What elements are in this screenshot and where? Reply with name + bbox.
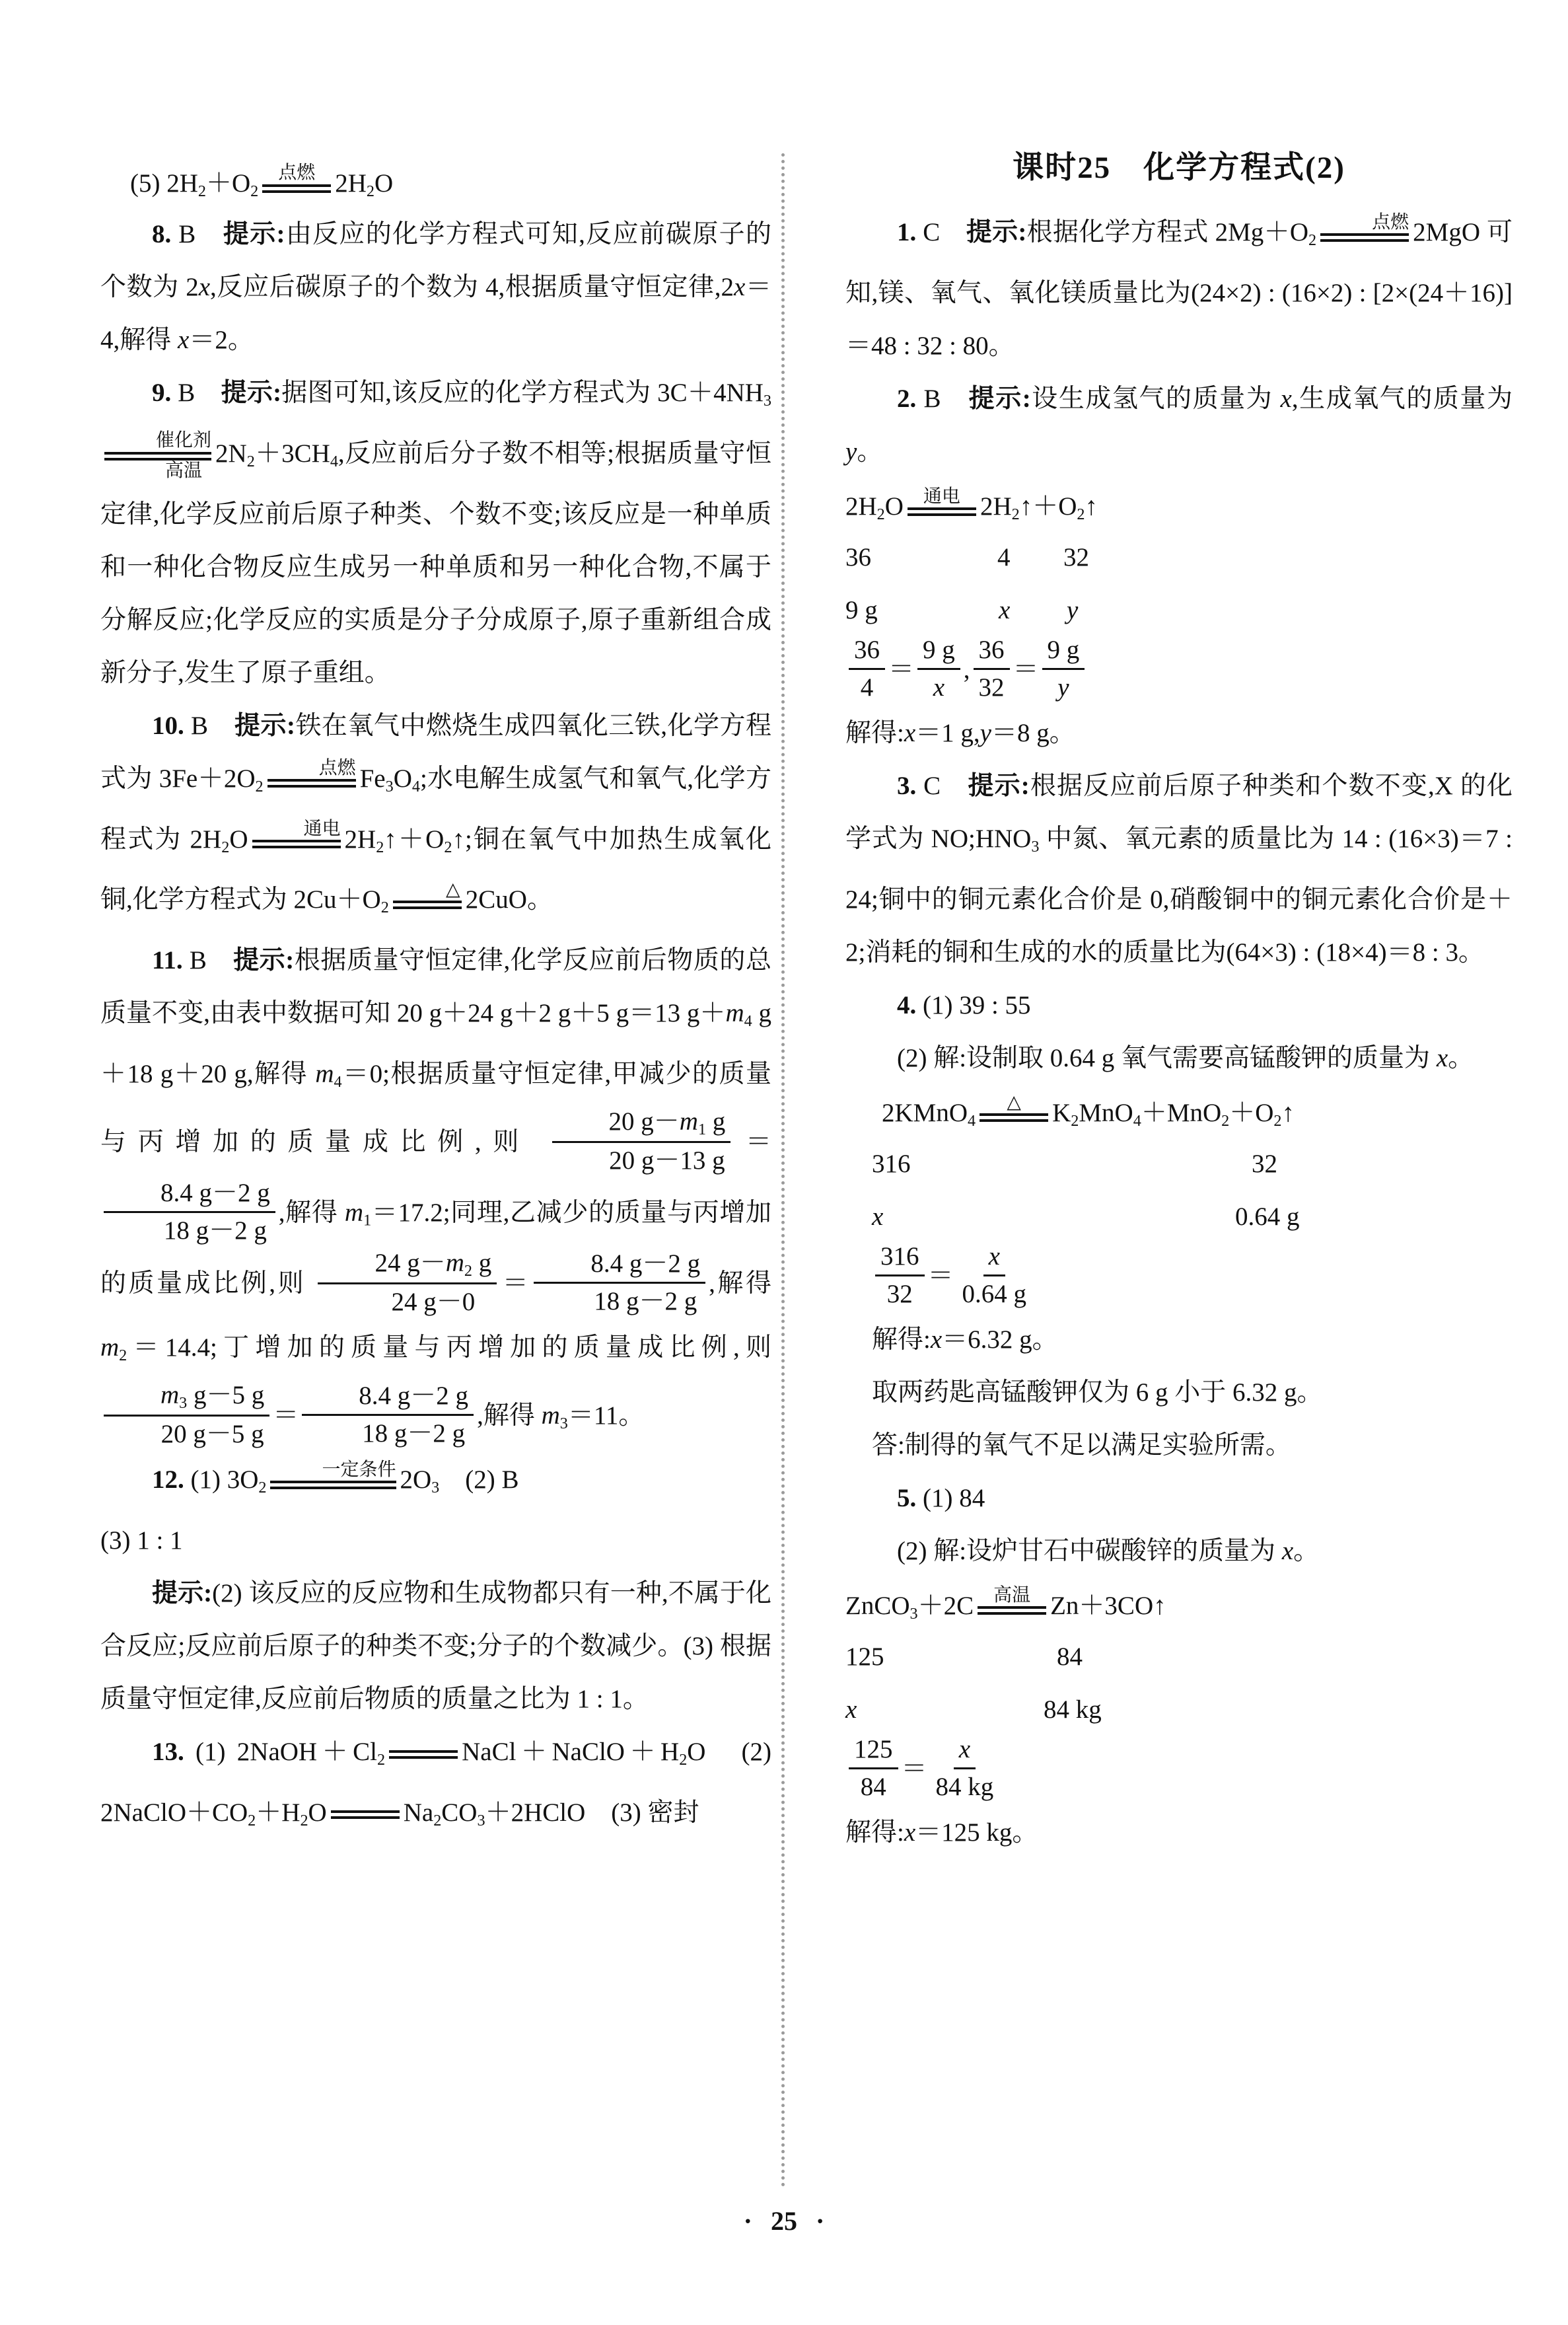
solution-line: 解得:x＝6.32 g。 bbox=[845, 1313, 1513, 1366]
text-run: 20 g－13 g bbox=[609, 1146, 725, 1175]
reaction-condition-label: 点燃 bbox=[278, 163, 315, 184]
text-run: x bbox=[872, 1202, 883, 1231]
text-run: x bbox=[904, 719, 915, 747]
text-run: 2H bbox=[335, 169, 367, 198]
mass-value: y bbox=[1067, 584, 1078, 637]
text-run: 4 bbox=[334, 1073, 342, 1091]
reaction-condition-equals: 通电 bbox=[252, 819, 341, 848]
text-run: ＋O bbox=[206, 169, 250, 198]
fraction-numerator: 8.4 g－2 g bbox=[302, 1380, 474, 1416]
reaction-condition-label: 一定条件 bbox=[270, 1459, 396, 1481]
text-run: ,反应后碳原子的个数为 4,根据质量守恒定律,2 bbox=[210, 273, 734, 301]
answer-4-2: (2) 解:设制取 0.64 g 氧气需要高锰酸钾的质量为 x。 bbox=[845, 1032, 1513, 1085]
mass-value: x bbox=[845, 1683, 857, 1736]
page-number: · 25 · bbox=[0, 2205, 1568, 2236]
text-run: 2 bbox=[300, 1812, 308, 1829]
text-run: 2 bbox=[444, 838, 452, 856]
text-run: 答:制得的氧气不足以满足实验所需。 bbox=[872, 1431, 1291, 1459]
double-equals-line bbox=[980, 1113, 1048, 1122]
text-run: g bbox=[472, 1249, 491, 1277]
fraction: 364 bbox=[849, 634, 885, 704]
text-run: 8.4 g－2 g bbox=[590, 1249, 700, 1278]
text-run: 3 bbox=[910, 1604, 918, 1622]
text-run: 2 bbox=[679, 1751, 687, 1769]
solution-line: 解得:x＝1 g,y＝8 g。 bbox=[845, 707, 1513, 760]
reaction-condition-equals: 点燃 bbox=[262, 163, 331, 192]
comparison-line: 取两药匙高锰酸钾仅为 6 g 小于 6.32 g。 bbox=[845, 1366, 1513, 1419]
text-run: 32 bbox=[1252, 1150, 1277, 1178]
text-run: y bbox=[980, 719, 991, 747]
text-run: 解得: bbox=[845, 719, 904, 747]
text-run: 4 bbox=[1133, 1112, 1141, 1130]
text-run: 8. bbox=[152, 220, 171, 248]
fraction: 24 g－m2 g24 g－0 bbox=[318, 1247, 497, 1319]
text-run: , bbox=[964, 655, 970, 684]
text-run: 2 bbox=[1077, 505, 1085, 523]
text-run: ＋O bbox=[1229, 1099, 1273, 1127]
proportion-line: 12584＝x84 kg bbox=[845, 1736, 1513, 1806]
fraction-numerator: x bbox=[954, 1734, 976, 1769]
answer-3: 3. C 提示:根据反应前后原子种类和个数不变,X 的化学式为 NO;HNO3 … bbox=[845, 760, 1513, 979]
fraction-numerator: 9 g bbox=[917, 634, 960, 670]
text-run: 解得: bbox=[845, 1818, 904, 1847]
fraction: 8.4 g－2 g18 g－2 g bbox=[104, 1177, 275, 1247]
text-run: m bbox=[542, 1401, 560, 1430]
text-run: B bbox=[916, 385, 968, 413]
text-run: 2 bbox=[464, 1261, 472, 1279]
text-run: CO bbox=[441, 1798, 477, 1827]
text-run: (2) 解:设制取 0.64 g 氧气需要高锰酸钾的质量为 bbox=[897, 1044, 1437, 1072]
text-run: ↑ bbox=[1085, 492, 1098, 521]
text-run: 设生成氢气的质量为 bbox=[1031, 385, 1281, 413]
double-equals-line bbox=[1320, 233, 1409, 242]
text-run: 2H bbox=[845, 492, 877, 521]
text-run: 2 bbox=[1012, 505, 1020, 523]
reaction-condition-label: 催化剂 bbox=[104, 430, 211, 451]
text-run: B bbox=[183, 946, 234, 975]
text-run: (1) 2NaOH＋Cl bbox=[184, 1738, 377, 1766]
text-run: 2H bbox=[980, 492, 1012, 521]
proportion-line: 364＝9 gx,3632＝9 gy bbox=[845, 637, 1513, 707]
text-run: O bbox=[374, 169, 393, 198]
reaction-condition-equals: 通电 bbox=[908, 486, 976, 516]
text-run: (5) 2H bbox=[130, 169, 198, 198]
text-run: 取两药匙高锰酸钾仅为 6 g 小于 6.32 g。 bbox=[872, 1378, 1323, 1407]
mass-value: 32 bbox=[1063, 531, 1089, 584]
text-run: (1) 84 bbox=[916, 1484, 985, 1512]
reaction-condition-equals bbox=[389, 1750, 458, 1759]
text-run: 提示: bbox=[969, 385, 1031, 413]
text-run: 36 bbox=[854, 636, 880, 664]
text-run: 2CuO。 bbox=[466, 885, 553, 914]
text-run: 。 bbox=[1293, 1537, 1319, 1565]
text-run: 根据化学方程式 2Mg＋O bbox=[1026, 218, 1308, 246]
text-run: O bbox=[394, 764, 412, 793]
text-run: C bbox=[916, 218, 966, 246]
text-run: 0.64 g bbox=[1235, 1202, 1300, 1231]
text-run: 。 bbox=[857, 437, 882, 466]
text-run: 18 g－2 g bbox=[362, 1419, 465, 1448]
fraction: 31632 bbox=[875, 1241, 925, 1311]
text-run: y bbox=[1067, 596, 1078, 624]
conclusion-line: 答:制得的氧气不足以满足实验所需。 bbox=[845, 1419, 1513, 1472]
mass-value: 316 bbox=[872, 1138, 911, 1191]
text-run: x bbox=[933, 673, 944, 702]
text-run: 2 bbox=[247, 453, 255, 470]
text-run: 32 bbox=[979, 673, 1005, 702]
fraction: x0.64 g bbox=[957, 1241, 1032, 1311]
mass-value: 84 kg bbox=[1044, 1683, 1102, 1736]
text-run: x bbox=[1281, 385, 1292, 413]
reaction-condition-equals bbox=[331, 1810, 400, 1819]
text-run: ＋2C bbox=[918, 1592, 974, 1620]
text-run: 4 bbox=[968, 1112, 976, 1130]
text-run: 2N bbox=[215, 439, 247, 468]
text-run: g－5 g bbox=[187, 1381, 264, 1409]
text-run: 4 bbox=[330, 453, 338, 470]
column-divider bbox=[781, 153, 785, 2188]
reaction-condition-equals: 点燃 bbox=[267, 758, 356, 788]
text-run: B bbox=[171, 379, 221, 407]
text-run: ＋3CH bbox=[255, 439, 330, 468]
answer-5-2: (2) 解:设炉甘石中碳酸锌的质量为 x。 bbox=[845, 1525, 1513, 1578]
molar-mass-row: 12584 bbox=[845, 1631, 1513, 1683]
fraction-numerator: 20 g－m1 g bbox=[552, 1106, 731, 1144]
text-run: 84 bbox=[861, 1773, 886, 1801]
fraction-numerator: x bbox=[983, 1241, 1005, 1276]
text-run: (2) B bbox=[439, 1465, 518, 1494]
mass-value: x bbox=[999, 584, 1010, 637]
left-column: (5) 2H2＋O2点燃2H2O8. B 提示:由反应的化学方程式可知,反应前碳… bbox=[100, 155, 771, 1847]
proportion-line: 31632＝x0.64 g bbox=[845, 1243, 1513, 1313]
text-run: 2H bbox=[345, 825, 376, 854]
text-run: ＝8 g。 bbox=[991, 719, 1075, 747]
double-equals-line bbox=[393, 901, 462, 909]
text-run: m bbox=[680, 1107, 698, 1136]
text-run: 10. bbox=[152, 712, 184, 740]
text-run: 2KMnO bbox=[882, 1099, 968, 1127]
mass-value: 36 bbox=[845, 531, 871, 584]
text-run: ＝14.4;丁增加的质量与丙增加的质量成比例,则 bbox=[127, 1333, 771, 1362]
answer-12: 12. (1) 3O2一定条件2O3 (2) B bbox=[100, 1454, 771, 1514]
text-run: 3. bbox=[897, 772, 916, 800]
text-run: m bbox=[446, 1249, 464, 1277]
text-run: 2 bbox=[258, 1479, 266, 1496]
text-run: ↑ bbox=[1282, 1099, 1295, 1127]
text-run: Na bbox=[404, 1798, 433, 1827]
text-run: 316 bbox=[880, 1242, 919, 1271]
text-run: 11. bbox=[152, 946, 183, 975]
text-run: x bbox=[1282, 1537, 1293, 1565]
text-run: ZnCO bbox=[845, 1592, 910, 1620]
text-run: ,解得 bbox=[279, 1199, 345, 1227]
reaction-condition-label: △ bbox=[394, 879, 460, 901]
text-run: x bbox=[734, 273, 745, 301]
text-run: 4 bbox=[997, 543, 1011, 572]
fraction-denominator: 84 kg bbox=[931, 1769, 999, 1804]
text-run: 36 bbox=[845, 543, 871, 572]
fraction-denominator: 18 g－2 g bbox=[537, 1284, 702, 1318]
text-run: ↑＋O bbox=[1020, 492, 1077, 521]
text-run: Fe bbox=[360, 764, 386, 793]
text-run: (3) 1 : 1 bbox=[100, 1526, 183, 1555]
text-run: ,解得 bbox=[477, 1401, 542, 1430]
fraction-denominator: 0.64 g bbox=[957, 1276, 1032, 1311]
fraction: 9 gx bbox=[917, 634, 960, 704]
fraction: 9 gy bbox=[1042, 634, 1085, 704]
text-run: 9. bbox=[152, 379, 171, 407]
right-column: 课时25 化学方程式(2) 1. C 提示:根据化学方程式 2Mg＋O2点燃2M… bbox=[845, 149, 1513, 1859]
answer-13: 13. (1) 2NaOH＋Cl2NaCl＋NaClO＋H2O (2) 2NaC… bbox=[100, 1726, 771, 1847]
text-run: 3 bbox=[386, 778, 394, 795]
text-run: ↑＋O bbox=[384, 825, 444, 854]
text-run: x bbox=[904, 1818, 915, 1847]
text-run: 9 g bbox=[923, 636, 955, 664]
text-run: 32 bbox=[1063, 543, 1089, 572]
fraction-numerator: 8.4 g－2 g bbox=[534, 1248, 705, 1284]
text-run: ＝2。 bbox=[189, 326, 254, 354]
double-equals-line bbox=[978, 1606, 1046, 1615]
text-run: 20 g－ bbox=[609, 1107, 680, 1136]
text-run: 13. bbox=[152, 1738, 184, 1766]
fraction-denominator: y bbox=[1052, 670, 1074, 704]
fraction-denominator: 84 bbox=[855, 1769, 892, 1804]
text-run: MnO bbox=[1079, 1099, 1133, 1127]
fraction-denominator: x bbox=[928, 670, 950, 704]
text-run: m bbox=[345, 1199, 363, 1227]
text-run: B bbox=[184, 712, 234, 740]
double-equals-line bbox=[331, 1810, 400, 1819]
equation-znco3: ZnCO3＋2C高温Zn＋3CO↑ bbox=[845, 1590, 1513, 1624]
double-equals-line bbox=[262, 184, 331, 193]
equation-kmno4: 2KMnO4△K2MnO4＋MnO2＋O2↑ bbox=[845, 1097, 1513, 1131]
text-run: ＝ bbox=[734, 1128, 771, 1156]
text-run: 2 bbox=[367, 182, 374, 200]
text-run: 84 bbox=[1057, 1642, 1083, 1671]
text-run: 2 bbox=[1308, 231, 1316, 249]
text-run: 18 g－2 g bbox=[594, 1287, 697, 1315]
fraction-denominator: 32 bbox=[882, 1276, 918, 1311]
fraction-denominator: 4 bbox=[855, 670, 879, 704]
text-run: NaCl＋NaClO＋H bbox=[462, 1738, 679, 1766]
fraction: 8.4 g－2 g18 g－2 g bbox=[534, 1248, 705, 1318]
mass-value: 4 bbox=[997, 531, 1011, 584]
text-run: 2 bbox=[198, 182, 206, 200]
answer-2: 2. B 提示:设生成氢气的质量为 x,生成氧气的质量为 y。 bbox=[845, 373, 1513, 478]
answer-page: (5) 2H2＋O2点燃2H2O8. B 提示:由反应的化学方程式可知,反应前碳… bbox=[0, 0, 1568, 2325]
text-run: 9 g bbox=[1048, 636, 1080, 664]
fraction-numerator: 8.4 g－2 g bbox=[104, 1177, 275, 1213]
mass-value: 125 bbox=[845, 1631, 884, 1683]
reaction-condition-equals: △ bbox=[980, 1092, 1048, 1122]
reaction-condition-equals: 高温 bbox=[978, 1585, 1046, 1615]
text-run: ＋H bbox=[256, 1798, 300, 1827]
text-run: 3 bbox=[764, 392, 771, 410]
reaction-condition-label: 高温 bbox=[114, 461, 202, 482]
answer-1: 1. C 提示:根据化学方程式 2Mg＋O2点燃2MgO 可知,镁、氧气、氧化镁… bbox=[845, 206, 1513, 373]
reaction-condition-equals: 催化剂高温 bbox=[104, 430, 211, 481]
text-run: 1 bbox=[363, 1212, 371, 1230]
right-column-blocks: 1. C 提示:根据化学方程式 2Mg＋O2点燃2MgO 可知,镁、氧气、氧化镁… bbox=[845, 206, 1513, 1859]
text-run: 18 g－2 g bbox=[164, 1216, 267, 1245]
text-run: B bbox=[171, 220, 223, 248]
text-run: 12. bbox=[152, 1465, 184, 1494]
text-run: 2 bbox=[433, 1812, 441, 1829]
text-run: 1. bbox=[897, 218, 916, 246]
text-run: 8.4 g－2 g bbox=[359, 1382, 468, 1410]
text-run: 24 g－ bbox=[374, 1249, 445, 1277]
reaction-condition-equals: 一定条件 bbox=[270, 1459, 396, 1489]
text-run: O bbox=[308, 1798, 327, 1827]
fraction-numerator: 125 bbox=[849, 1734, 898, 1769]
text-run: 提示: bbox=[221, 379, 281, 407]
answer-12-hint: 提示:(2) 该反应的反应物和生成物都只有一种,不属于化合反应;反应前后原子的种… bbox=[100, 1567, 771, 1726]
double-equals-line bbox=[104, 452, 211, 461]
text-run: Zn＋3CO↑ bbox=[1050, 1592, 1166, 1620]
text-run: 提示: bbox=[223, 220, 285, 248]
fraction-denominator: 18 g－2 g bbox=[107, 1213, 272, 1247]
text-run: 2 bbox=[248, 1812, 256, 1829]
text-run: x bbox=[845, 1695, 857, 1724]
text-run: 4 bbox=[412, 778, 420, 795]
text-run: 4 bbox=[744, 1012, 752, 1030]
fraction-numerator: 36 bbox=[974, 634, 1010, 670]
text-run: (2) 解:设炉甘石中碳酸锌的质量为 bbox=[897, 1537, 1282, 1565]
fraction-numerator: 24 g－m2 g bbox=[318, 1247, 497, 1285]
fraction: 8.4 g－2 g18 g－2 g bbox=[302, 1380, 474, 1450]
text-run: ＝1 g, bbox=[915, 719, 980, 747]
text-run: 2O bbox=[400, 1465, 432, 1494]
fraction-numerator: 36 bbox=[849, 634, 885, 670]
text-run: ,生成氧气的质量为 bbox=[1292, 385, 1513, 413]
reaction-condition-label: 点燃 bbox=[1320, 212, 1409, 233]
fraction-numerator: m3 g－5 g bbox=[104, 1380, 269, 1417]
answer-11: 11. B 提示:根据质量守恒定律,化学反应前后物质的总质量不变,由表中数据可知… bbox=[100, 934, 771, 1454]
reaction-condition-label: 高温 bbox=[993, 1585, 1030, 1606]
text-run: 3 bbox=[179, 1394, 187, 1412]
text-run: 。 bbox=[1448, 1044, 1474, 1072]
answer-8: 8. B 提示:由反应的化学方程式可知,反应前碳原子的个数为 2x,反应后碳原子… bbox=[100, 208, 771, 367]
mass-value: 84 bbox=[1057, 1631, 1083, 1683]
text-run: 8.4 g－2 g bbox=[160, 1179, 270, 1207]
text-run: 2 bbox=[381, 899, 389, 916]
text-run: ＝ bbox=[902, 1755, 927, 1783]
text-run: 2 bbox=[256, 778, 264, 795]
text-run: ＋MnO bbox=[1141, 1099, 1221, 1127]
reaction-condition-label: 通电 bbox=[923, 486, 960, 507]
reaction-condition-label: △ bbox=[1007, 1092, 1021, 1113]
reaction-condition-equals: △ bbox=[393, 879, 462, 909]
text-run: x bbox=[199, 273, 210, 301]
fraction: 12584 bbox=[849, 1734, 898, 1804]
reaction-condition-equals: 点燃 bbox=[1320, 212, 1409, 242]
text-run: 3 bbox=[1031, 838, 1039, 856]
text-run: m bbox=[315, 1060, 334, 1088]
text-run: 2. bbox=[897, 385, 916, 413]
fraction-denominator: 20 g－5 g bbox=[104, 1417, 269, 1451]
text-run: O bbox=[229, 825, 248, 854]
fraction: x84 kg bbox=[931, 1734, 999, 1804]
text-run: 2 bbox=[221, 838, 229, 856]
double-equals-line bbox=[908, 507, 976, 516]
text-run: ＝ bbox=[273, 1401, 299, 1430]
text-run: 20 g－5 g bbox=[161, 1420, 264, 1448]
given-mass-row: x0.64 g bbox=[845, 1191, 1513, 1243]
text-run: x bbox=[931, 1325, 942, 1354]
given-mass-row: 9 gxy bbox=[845, 584, 1513, 637]
text-run: 据图可知,该反应的化学方程式为 3C＋4NH bbox=[281, 379, 764, 407]
fraction: 3632 bbox=[974, 634, 1010, 704]
text-run: 提示: bbox=[233, 946, 294, 975]
text-run: 2 bbox=[1071, 1112, 1079, 1130]
text-run: m bbox=[100, 1333, 119, 1362]
text-run: 84 kg bbox=[936, 1773, 994, 1801]
text-run: 32 bbox=[887, 1280, 913, 1308]
text-run: 2 bbox=[377, 1751, 385, 1769]
double-equals-line bbox=[389, 1750, 458, 1759]
fraction-denominator: 18 g－2 g bbox=[305, 1416, 470, 1450]
fraction-denominator: 20 g－13 g bbox=[552, 1143, 731, 1177]
fraction-denominator: 24 g－0 bbox=[334, 1284, 480, 1319]
text-run: x bbox=[999, 596, 1010, 624]
text-run: 4. bbox=[897, 991, 916, 1019]
text-run: 125 bbox=[854, 1735, 893, 1763]
fraction-numerator: 9 g bbox=[1042, 634, 1085, 670]
text-run: 2 bbox=[376, 838, 384, 856]
fraction: 20 g－m1 g20 g－13 g bbox=[552, 1106, 731, 1177]
section-title: 课时25 化学方程式(2) bbox=[845, 149, 1513, 186]
text-run: 提示: bbox=[152, 1579, 212, 1607]
mass-value: 9 g bbox=[845, 584, 878, 637]
text-run: 84 kg bbox=[1044, 1695, 1102, 1724]
text-run: ＝11。 bbox=[568, 1401, 645, 1430]
text-run: ,解得 bbox=[709, 1269, 771, 1298]
text-run: 3 bbox=[477, 1812, 485, 1829]
text-run: m bbox=[725, 999, 744, 1027]
text-run: 1 bbox=[698, 1120, 706, 1138]
text-run: x bbox=[959, 1735, 970, 1763]
text-run: 2 bbox=[1273, 1112, 1281, 1130]
text-run: 316 bbox=[872, 1150, 911, 1178]
text-run: (1) 39 : 55 bbox=[916, 991, 1030, 1019]
text-run: y bbox=[1057, 673, 1069, 702]
solution-line: 解得:x＝125 kg。 bbox=[845, 1806, 1513, 1859]
text-run: 9 g bbox=[845, 596, 878, 624]
text-run: 0.64 g bbox=[962, 1280, 1027, 1308]
text-run: ＝ bbox=[928, 1262, 954, 1290]
fraction-denominator: 32 bbox=[974, 670, 1010, 704]
fraction: m3 g－5 g20 g－5 g bbox=[104, 1380, 269, 1451]
text-run: ＝ bbox=[500, 1269, 530, 1298]
text-run: 提示: bbox=[966, 218, 1027, 246]
answer-9: 9. B 提示:据图可知,该反应的化学方程式为 3C＋4NH3催化剂高温2N2＋… bbox=[100, 367, 771, 700]
text-run: ＝6.32 g。 bbox=[942, 1325, 1058, 1354]
text-run: 125 bbox=[845, 1642, 884, 1671]
double-equals-line bbox=[270, 1481, 396, 1489]
equation-item5: (5) 2H2＋O2点燃2H2O bbox=[100, 167, 771, 202]
text-run: x bbox=[989, 1242, 1000, 1271]
mass-value: 0.64 g bbox=[1235, 1191, 1300, 1243]
text-run: y bbox=[845, 437, 857, 466]
answer-12-3: (3) 1 : 1 bbox=[100, 1514, 771, 1567]
mass-value: x bbox=[872, 1191, 883, 1243]
text-run: O bbox=[885, 492, 904, 521]
text-run: 解得: bbox=[872, 1325, 931, 1354]
text-run: 36 bbox=[979, 636, 1005, 664]
text-run: 2 bbox=[250, 182, 258, 200]
text-run: x bbox=[1437, 1044, 1448, 1072]
molar-mass-row: 36432 bbox=[845, 531, 1513, 584]
